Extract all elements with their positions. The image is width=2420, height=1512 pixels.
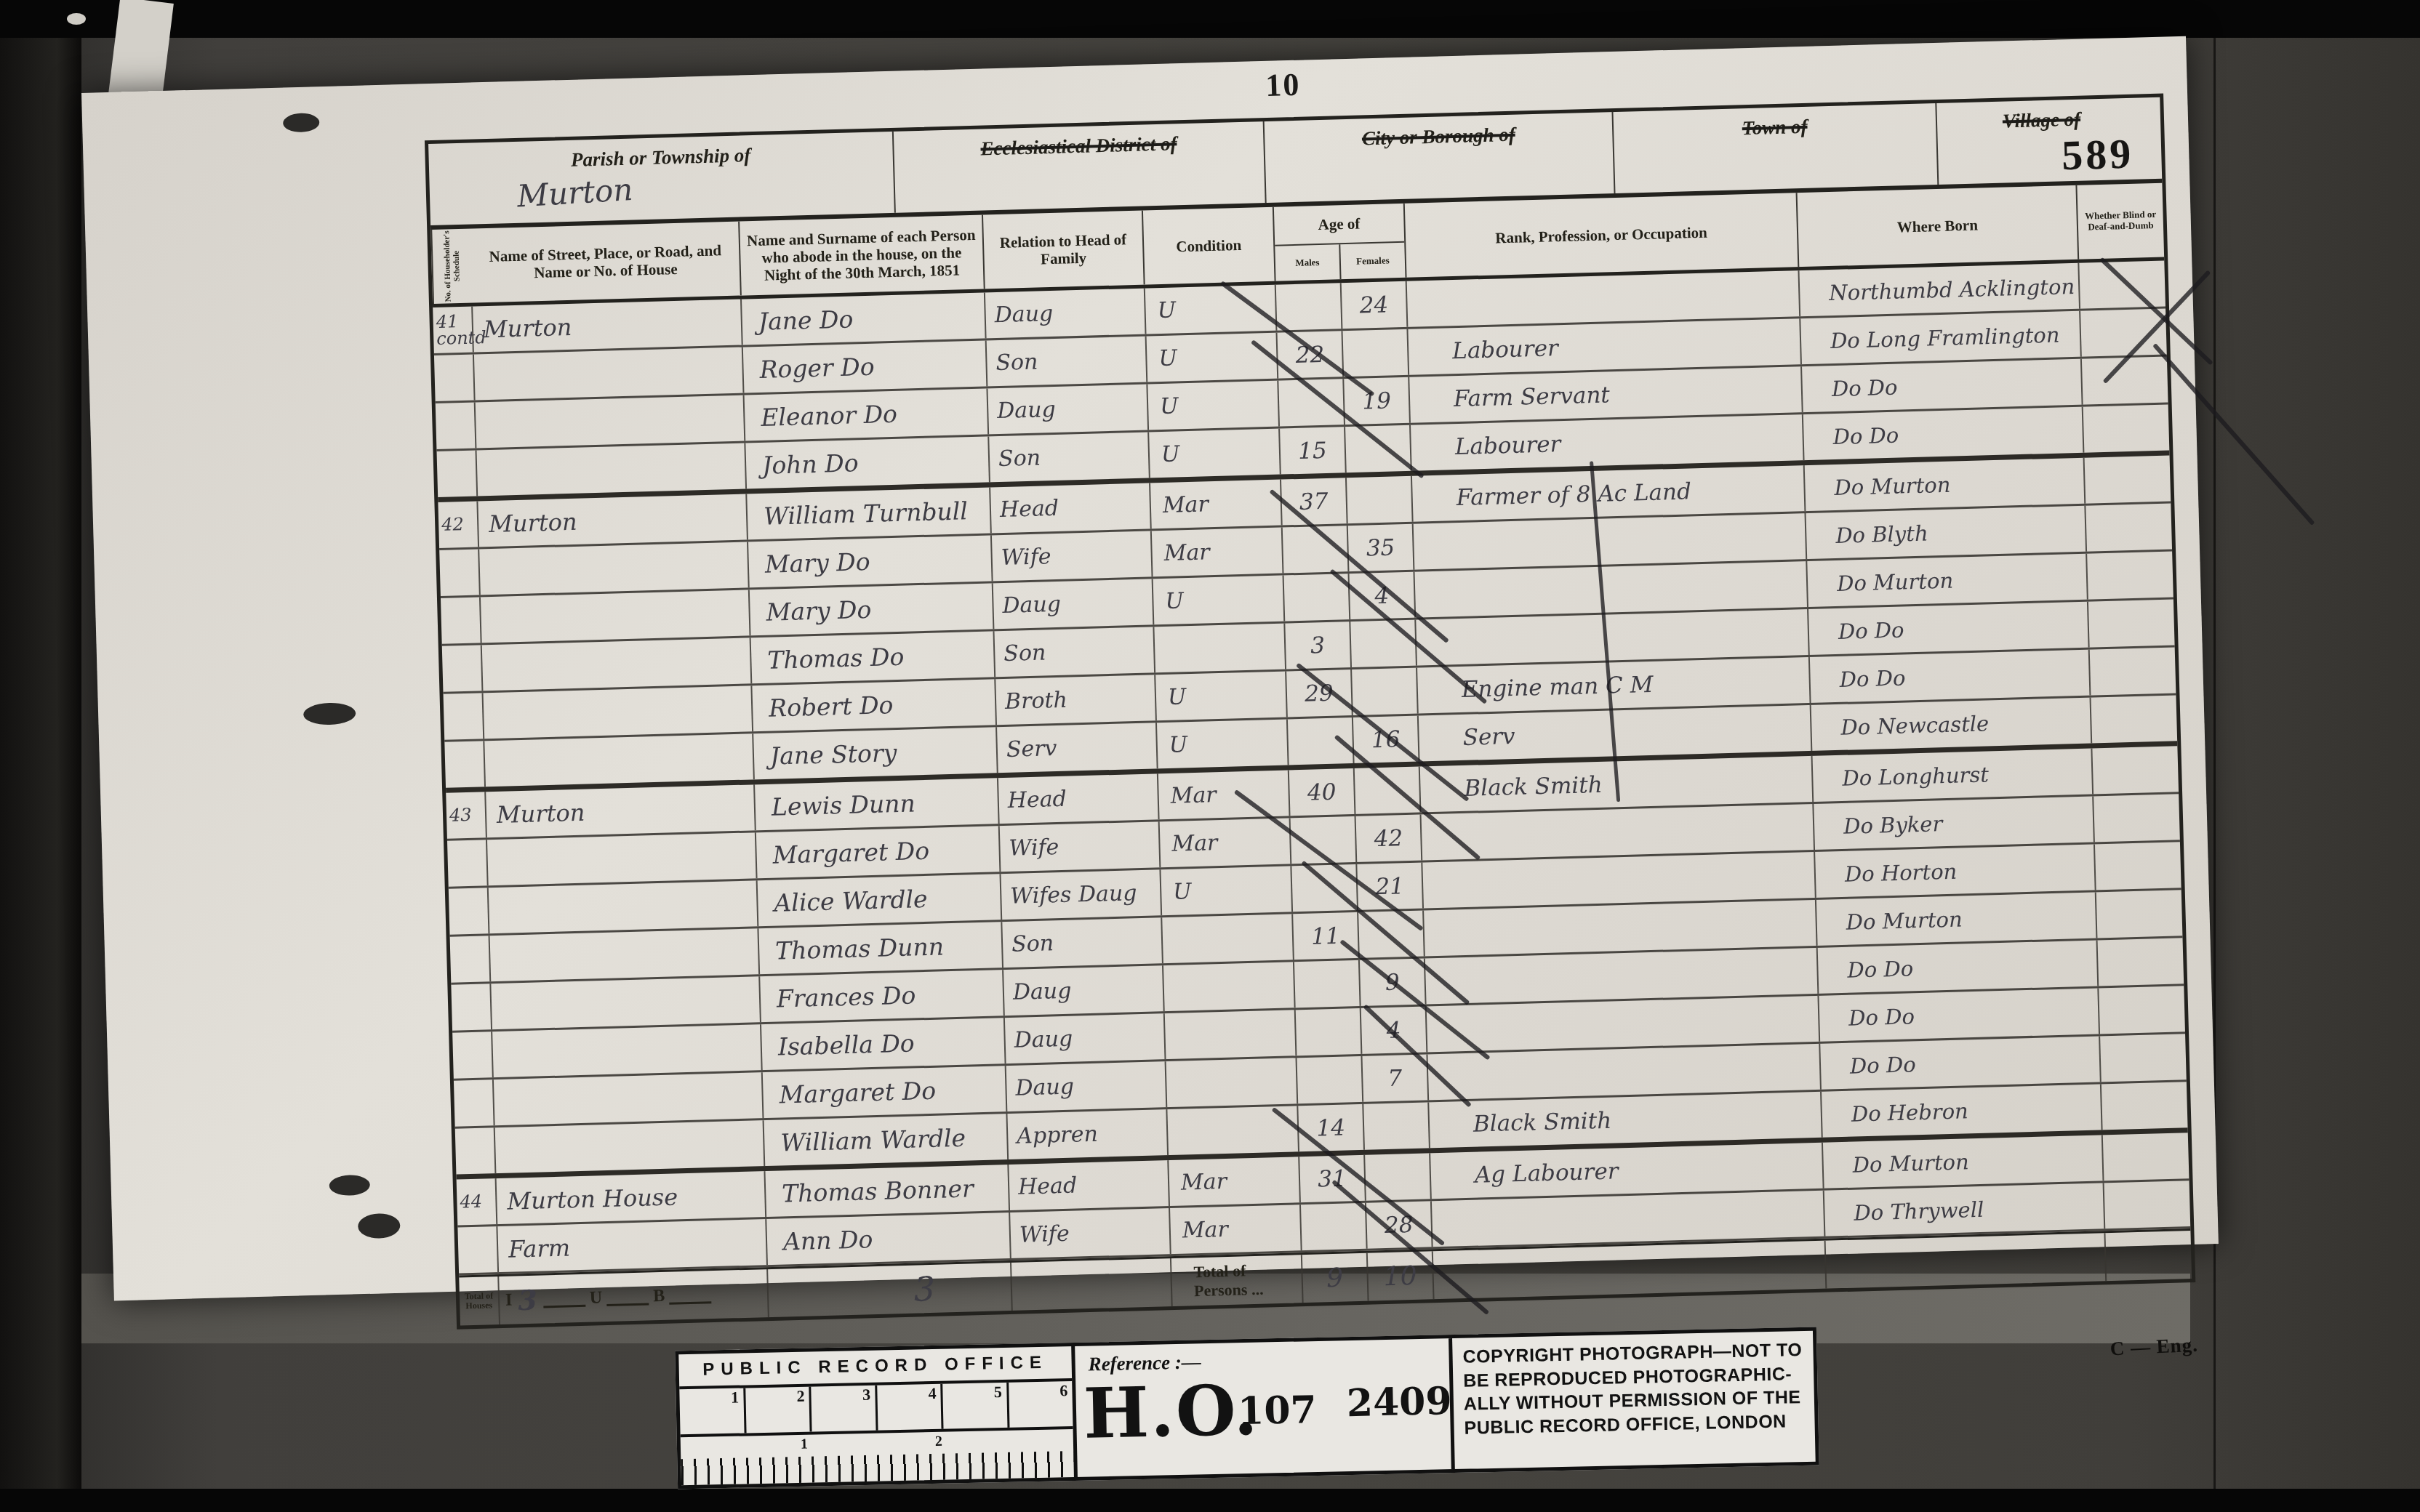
name-cell: William Turnbull xyxy=(747,487,992,539)
age-female-cell: 24 xyxy=(1342,281,1409,329)
age-male-cell xyxy=(1276,283,1343,330)
place-cell xyxy=(490,928,761,981)
total-houses-label-cell: Total of Houses xyxy=(459,1276,500,1325)
blind-cell xyxy=(2085,456,2171,504)
condition-cell xyxy=(1154,623,1286,672)
blind-cell xyxy=(2095,842,2181,890)
blank-rule xyxy=(543,1290,586,1308)
column-header-age: Age of Males Females xyxy=(1274,204,1407,281)
parish-label: Parish or Township of xyxy=(428,140,893,175)
place-cell xyxy=(484,685,754,739)
born-cell: Do Hebron xyxy=(1822,1084,2103,1137)
page-number: 10 xyxy=(1265,66,1301,104)
relation-cell: Daug xyxy=(1003,965,1165,1016)
age-male-cell xyxy=(1294,960,1361,1008)
schedule-cell xyxy=(455,1127,497,1174)
houses-count-flourish: 3 xyxy=(768,1263,1013,1317)
blind-cell xyxy=(2094,794,2180,842)
occupation-cell xyxy=(1427,1044,1822,1101)
name-cell: Eleanor Do xyxy=(745,388,990,441)
relation-cell: Broth xyxy=(995,675,1157,725)
condition-cell: U xyxy=(1155,671,1288,720)
relation-cell: Daug xyxy=(993,579,1155,629)
name-cell: Robert Do xyxy=(752,679,997,731)
born-cell: Do Byker xyxy=(1814,797,2095,850)
age-female-cell xyxy=(1363,1102,1430,1149)
ruler-number-cell: 2 xyxy=(745,1387,812,1433)
place-cell xyxy=(482,638,753,691)
occupation-cell: Farm Servant xyxy=(1409,366,1803,423)
reference-piece: 107 xyxy=(1237,1388,1317,1433)
schedule-cell xyxy=(447,840,489,886)
condition-cell: Mar xyxy=(1152,528,1284,577)
age-female-cell: 42 xyxy=(1356,815,1423,862)
born-cell: Do Murton xyxy=(1816,892,2098,945)
table-body: 41 contd Murton Jane Do Daug U 24 Northu… xyxy=(433,261,2190,1276)
place-cell xyxy=(492,1024,763,1077)
blind-cell xyxy=(2099,986,2185,1034)
place-cell xyxy=(489,880,759,933)
place-cell xyxy=(491,976,761,1029)
schedule-cell: 41 contd xyxy=(433,307,474,353)
age-female-cell xyxy=(1342,329,1409,377)
place-cell xyxy=(481,590,751,643)
schedule-cell xyxy=(434,355,476,401)
blind-cell xyxy=(2086,503,2172,551)
ink-blob xyxy=(329,1175,370,1197)
name-cell: Lewis Dunn xyxy=(755,778,1000,830)
census-page: 10 Parish or Township of Murton Ecclesia… xyxy=(81,36,2219,1301)
relation-cell: Appren xyxy=(1007,1109,1169,1159)
age-male-cell: 3 xyxy=(1285,622,1352,669)
occupation-cell: Engine man C M xyxy=(1417,657,1811,714)
blind-cell xyxy=(2091,695,2178,743)
parish-value-handwritten: Murton xyxy=(516,172,634,214)
name-cell: Margaret Do xyxy=(756,826,1001,878)
totals-empty-cell xyxy=(1826,1233,2107,1288)
totals-empty-cell xyxy=(2105,1231,2192,1281)
ink-blob xyxy=(358,1213,401,1239)
age-male-cell: 11 xyxy=(1293,912,1360,960)
corner-mark: C — Eng. xyxy=(2110,1334,2199,1361)
born-cell: Do Do xyxy=(1808,602,2090,655)
condition-cell: Mar xyxy=(1150,480,1283,529)
uninhabited-letter: U xyxy=(590,1288,603,1308)
born-cell: Do Murton xyxy=(1823,1135,2104,1188)
occupation-cell: Farmer of 8 Ac Land xyxy=(1412,465,1806,522)
ruler-scale: 123456 xyxy=(679,1381,1073,1437)
pro-stamp: PUBLIC RECORD OFFICE 123456 12 Reference… xyxy=(675,1327,1819,1489)
microfilm-frame: 10 Parish or Township of Murton Ecclesia… xyxy=(0,0,2420,1512)
condition-cell xyxy=(1165,1010,1297,1059)
relation-cell: Daug xyxy=(985,289,1147,339)
name-cell: Isabella Do xyxy=(761,1018,1006,1070)
occupation-cell xyxy=(1424,900,1818,957)
name-cell: William Wardle xyxy=(764,1114,1009,1166)
place-cell: Murton xyxy=(486,784,756,837)
age-female-cell xyxy=(1345,425,1412,472)
condition-cell: U xyxy=(1157,719,1289,768)
place-cell: Farm xyxy=(497,1219,768,1272)
occupation-cell xyxy=(1422,804,1816,861)
relation-cell: Wife xyxy=(1000,821,1161,872)
reference-item: 2409 xyxy=(1346,1379,1452,1425)
place-cell: Murton xyxy=(473,299,743,353)
city-label: City or Borough of xyxy=(1265,121,1613,153)
relation-cell: Son xyxy=(994,627,1155,677)
total-houses-value-cell: I 3 U B xyxy=(499,1269,769,1324)
place-cell xyxy=(494,1072,764,1125)
born-cell: Do Do xyxy=(1820,1036,2102,1089)
age-male-cell: 14 xyxy=(1298,1104,1365,1151)
occupation-cell: Black Smith xyxy=(1429,1092,1823,1149)
occupation-cell xyxy=(1416,609,1810,666)
schedule-cell xyxy=(444,693,485,739)
schedule-cell xyxy=(442,645,484,691)
age-female-cell xyxy=(1365,1153,1432,1200)
relation-cell: Serv xyxy=(997,723,1158,773)
column-header-condition: Condition xyxy=(1143,207,1276,285)
name-cell: Mary Do xyxy=(750,583,995,635)
place-cell xyxy=(476,395,746,448)
name-cell: John Do xyxy=(745,436,990,488)
folio-number: 589 xyxy=(2061,129,2134,180)
born-cell: Do Do xyxy=(1810,650,2091,703)
ecclesiastical-header-cell: Ecclesiastical District of xyxy=(894,121,1267,213)
ruler-number-cell: 1 xyxy=(679,1388,746,1434)
age-female-cell xyxy=(1352,668,1419,715)
blind-cell xyxy=(2087,551,2173,599)
column-header-blind: Whether Blind or Deaf-and-Dumb xyxy=(2077,183,2164,260)
column-header-street: Name of Street, Place, or Road, and Name… xyxy=(470,222,742,303)
name-cell: Ann Do xyxy=(766,1213,1011,1265)
place-cell: Murton xyxy=(478,494,748,547)
column-header-schedule: No. of Householder's Schedule xyxy=(430,229,473,304)
relation-cell: Daug xyxy=(1006,1061,1168,1111)
relation-cell: Head xyxy=(998,773,1160,824)
condition-cell: Mar xyxy=(1160,818,1292,867)
condition-cell: U xyxy=(1147,333,1279,382)
occupation-cell: Labourer xyxy=(1408,318,1802,375)
schedule-cell: 43 xyxy=(446,792,487,838)
town-label: Town of xyxy=(1614,112,1936,143)
film-right-edge xyxy=(2213,38,2216,1489)
column-header-relation: Relation to Head of Family xyxy=(983,211,1145,289)
pro-stamp-reference-box: Reference :— H.O. 107 2409 xyxy=(1075,1338,1455,1477)
born-cell: Do Do xyxy=(1803,407,2085,460)
ink-blob xyxy=(283,113,320,132)
ecclesiastical-label: Ecclesiastical District of xyxy=(894,130,1264,163)
building-letter: B xyxy=(653,1286,665,1306)
age-male-cell: 29 xyxy=(1286,669,1353,717)
schedule-cell xyxy=(436,403,477,449)
blind-cell xyxy=(2103,1133,2189,1181)
relation-cell: Son xyxy=(987,337,1148,387)
age-female-cell xyxy=(1347,476,1414,523)
film-speck xyxy=(67,13,86,25)
blind-cell xyxy=(2083,405,2170,453)
occupation-cell xyxy=(1427,996,1821,1053)
condition-cell: Mar xyxy=(1170,1205,1302,1254)
born-cell: Northumbd Acklington xyxy=(1799,263,2080,316)
blind-cell xyxy=(2082,357,2168,405)
total-persons-label: Total of Persons ... xyxy=(1171,1255,1304,1306)
occupation-cell xyxy=(1414,513,1808,570)
occupation-cell xyxy=(1414,561,1808,618)
relation-cell: Wife xyxy=(1010,1208,1171,1258)
ruler-ticks: 12 xyxy=(681,1429,1074,1485)
age-female-cell: 7 xyxy=(1362,1054,1429,1101)
age-male-cell xyxy=(1301,1203,1368,1250)
age-females-label: Females xyxy=(1340,243,1405,279)
blind-cell xyxy=(2088,599,2175,647)
village-header-cell: Village of 589 xyxy=(1936,97,2147,185)
condition-cell: Mar xyxy=(1169,1157,1301,1206)
condition-cell xyxy=(1163,962,1296,1011)
copyright-notice: COPYRIGHT PHOTOGRAPH—NOT TO BE REPRODUCE… xyxy=(1452,1331,1816,1469)
schedule-cell: 42 xyxy=(438,501,479,547)
name-cell: Mary Do xyxy=(748,535,993,587)
ruler-lower-number: 1 xyxy=(801,1436,808,1453)
schedule-cell xyxy=(441,597,482,643)
born-cell: Do Horton xyxy=(1815,844,2096,897)
condition-cell: Mar xyxy=(1158,770,1291,819)
condition-cell: U xyxy=(1153,576,1286,625)
name-cell: Margaret Do xyxy=(763,1066,1008,1118)
born-cell: Do Do xyxy=(1802,359,2083,412)
age-male-cell: 37 xyxy=(1281,478,1348,525)
schedule-cell xyxy=(452,1032,494,1078)
schedule-cell xyxy=(444,741,486,787)
pro-stamp-ruler-box: PUBLIC RECORD OFFICE 123456 12 xyxy=(678,1346,1078,1485)
name-cell: Thomas Dunn xyxy=(758,922,1003,974)
relation-cell: Son xyxy=(989,432,1150,482)
name-cell: Frances Do xyxy=(760,970,1005,1022)
reference-class: H.O. xyxy=(1083,1370,1259,1455)
place-cell xyxy=(495,1120,766,1173)
males-total: 9 xyxy=(1302,1253,1369,1303)
condition-cell xyxy=(1166,1058,1299,1107)
relation-cell: Head xyxy=(990,483,1152,533)
schedule-cell xyxy=(457,1226,499,1273)
town-header-cell: Town of xyxy=(1613,103,1939,193)
born-cell: Do Newcastle xyxy=(1811,698,2093,751)
name-cell: Alice Wardle xyxy=(758,874,1003,926)
blind-cell xyxy=(2102,1082,2188,1130)
city-header-cell: City or Borough of xyxy=(1265,112,1616,203)
occupation-cell xyxy=(1422,852,1816,909)
name-cell: Thomas Bonner xyxy=(765,1165,1010,1217)
relation-cell: Head xyxy=(1009,1160,1170,1210)
blind-cell xyxy=(2079,261,2165,309)
born-cell: Do Longhurst xyxy=(1813,749,2094,802)
condition-cell: U xyxy=(1147,381,1280,430)
occupation-cell: Labourer xyxy=(1411,414,1805,471)
schedule-cell xyxy=(439,549,481,595)
blind-cell xyxy=(2100,1034,2187,1082)
blank-rule xyxy=(669,1287,712,1305)
condition-cell xyxy=(1162,914,1294,963)
blind-cell xyxy=(2096,890,2183,938)
totals-empty-cell xyxy=(1433,1241,1827,1300)
ruler-lower-number: 2 xyxy=(935,1433,942,1450)
name-cell: Roger Do xyxy=(743,340,988,393)
occupation-cell xyxy=(1407,270,1801,327)
ruler-number-cell: 5 xyxy=(942,1383,1009,1429)
ruler-number-cell: 6 xyxy=(1009,1381,1073,1428)
name-cell: Jane Do xyxy=(742,292,987,345)
age-male-cell xyxy=(1297,1056,1364,1103)
column-header-occupation: Rank, Profession, or Occupation xyxy=(1405,193,1800,278)
blank-rule xyxy=(606,1288,649,1306)
blind-cell xyxy=(2092,746,2179,794)
born-cell: Do Do xyxy=(1818,940,2099,993)
parish-header-cell: Parish or Township of Murton xyxy=(428,132,896,225)
born-cell: Do Do xyxy=(1819,988,2100,1041)
houses-total-handwritten: 3 xyxy=(518,1283,538,1316)
relation-cell: Son xyxy=(1002,917,1163,968)
age-of-label: Age of xyxy=(1274,204,1404,246)
column-header-name: Name and Surname of each Person who abod… xyxy=(740,215,985,296)
blind-cell xyxy=(2098,938,2184,986)
occupation-cell xyxy=(1432,1191,1826,1247)
column-header-born: Where Born xyxy=(1798,185,2080,267)
age-male-cell: 40 xyxy=(1289,768,1356,816)
schedule-cell xyxy=(449,888,490,934)
schedule-cell xyxy=(437,450,478,496)
age-female-cell: 19 xyxy=(1344,377,1411,425)
schedule-cell: 44 xyxy=(457,1178,498,1225)
place-cell: Murton House xyxy=(497,1171,767,1224)
age-male-cell: 15 xyxy=(1280,427,1347,474)
relation-cell: Wife xyxy=(992,531,1153,581)
ruler-number-cell: 3 xyxy=(811,1386,878,1432)
relation-cell: Daug xyxy=(987,384,1149,434)
blind-cell xyxy=(2090,647,2176,695)
relation-cell: Wifes Daug xyxy=(1001,869,1163,920)
place-cell xyxy=(479,542,750,595)
totals-empty-cell xyxy=(1011,1258,1173,1311)
age-female-cell xyxy=(1350,620,1417,667)
age-female-cell xyxy=(1355,767,1422,814)
born-cell: Do Thrywell xyxy=(1824,1183,2106,1236)
born-cell: Do Long Framlington xyxy=(1800,311,2082,364)
occupation-cell: Ag Labourer xyxy=(1430,1143,1824,1199)
place-cell xyxy=(474,347,745,401)
born-cell: Do Murton xyxy=(1805,458,2086,511)
ruler-number-cell: 4 xyxy=(877,1384,944,1431)
place-cell xyxy=(476,443,747,496)
place-cell xyxy=(487,832,758,885)
born-cell: Do Murton xyxy=(1807,554,2088,607)
occupation-cell xyxy=(1425,948,1819,1005)
name-cell: Jane Story xyxy=(753,727,998,779)
condition-cell: U xyxy=(1161,866,1293,915)
relation-cell: Daug xyxy=(1005,1013,1166,1063)
ink-blob xyxy=(303,702,356,725)
schedule-cell xyxy=(454,1079,495,1126)
inhabited-letter: I xyxy=(505,1290,513,1310)
name-cell: Thomas Do xyxy=(751,631,996,683)
age-males-label: Males xyxy=(1275,244,1341,281)
schedule-cell xyxy=(450,936,492,982)
blind-cell xyxy=(2104,1181,2191,1228)
age-male-cell xyxy=(1296,1008,1363,1055)
film-left-edge xyxy=(0,38,81,1489)
born-cell: Do Blyth xyxy=(1806,506,2088,559)
age-male-cell: 31 xyxy=(1299,1155,1366,1202)
schedule-cell xyxy=(451,984,492,1030)
place-cell xyxy=(484,733,755,787)
condition-cell: U xyxy=(1149,429,1281,478)
census-table: Parish or Township of Murton Ecclesiasti… xyxy=(425,94,2195,1330)
